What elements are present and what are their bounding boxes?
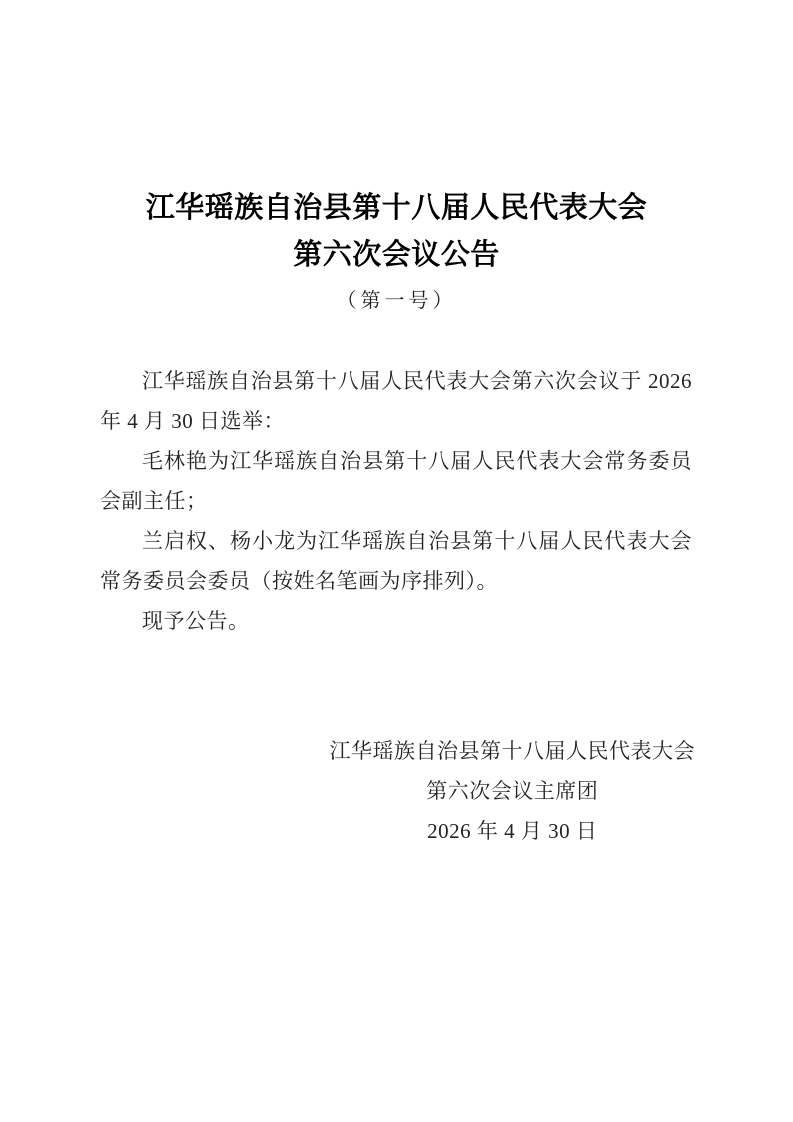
document-page: 江华瑶族自治县第十八届人民代表大会 第六次会议公告 （第一号） 江华瑶族自治县第… — [0, 0, 793, 1122]
issue-number: （第一号） — [0, 288, 793, 314]
signature-organization-line2: 第六次会议主席团 — [330, 771, 696, 811]
body-paragraph-vice-director: 毛林艳为江华瑶族自治县第十八届人民代表大会常务委员会副主任； — [100, 441, 692, 521]
document-title-line2: 第六次会议公告 — [0, 232, 793, 279]
document-body: 江华瑶族自治县第十八届人民代表大会第六次会议于 2026 年 4 月 30 日选… — [100, 361, 692, 641]
signature-date: 2026 年 4 月 30 日 — [330, 811, 696, 851]
document-title: 江华瑶族自治县第十八届人民代表大会 第六次会议公告 — [0, 185, 793, 279]
signature-block: 江华瑶族自治县第十八届人民代表大会 第六次会议主席团 2026 年 4 月 30… — [330, 731, 696, 851]
document-title-line1: 江华瑶族自治县第十八届人民代表大会 — [0, 185, 793, 232]
body-paragraph-election-date: 江华瑶族自治县第十八届人民代表大会第六次会议于 2026 年 4 月 30 日选… — [100, 361, 692, 441]
signature-organization-line1: 江华瑶族自治县第十八届人民代表大会 — [330, 731, 696, 771]
body-paragraph-closing: 现予公告。 — [100, 601, 692, 641]
body-paragraph-committee-members: 兰启权、杨小龙为江华瑶族自治县第十八届人民代表大会常务委员会委员（按姓名笔画为序… — [100, 521, 692, 601]
